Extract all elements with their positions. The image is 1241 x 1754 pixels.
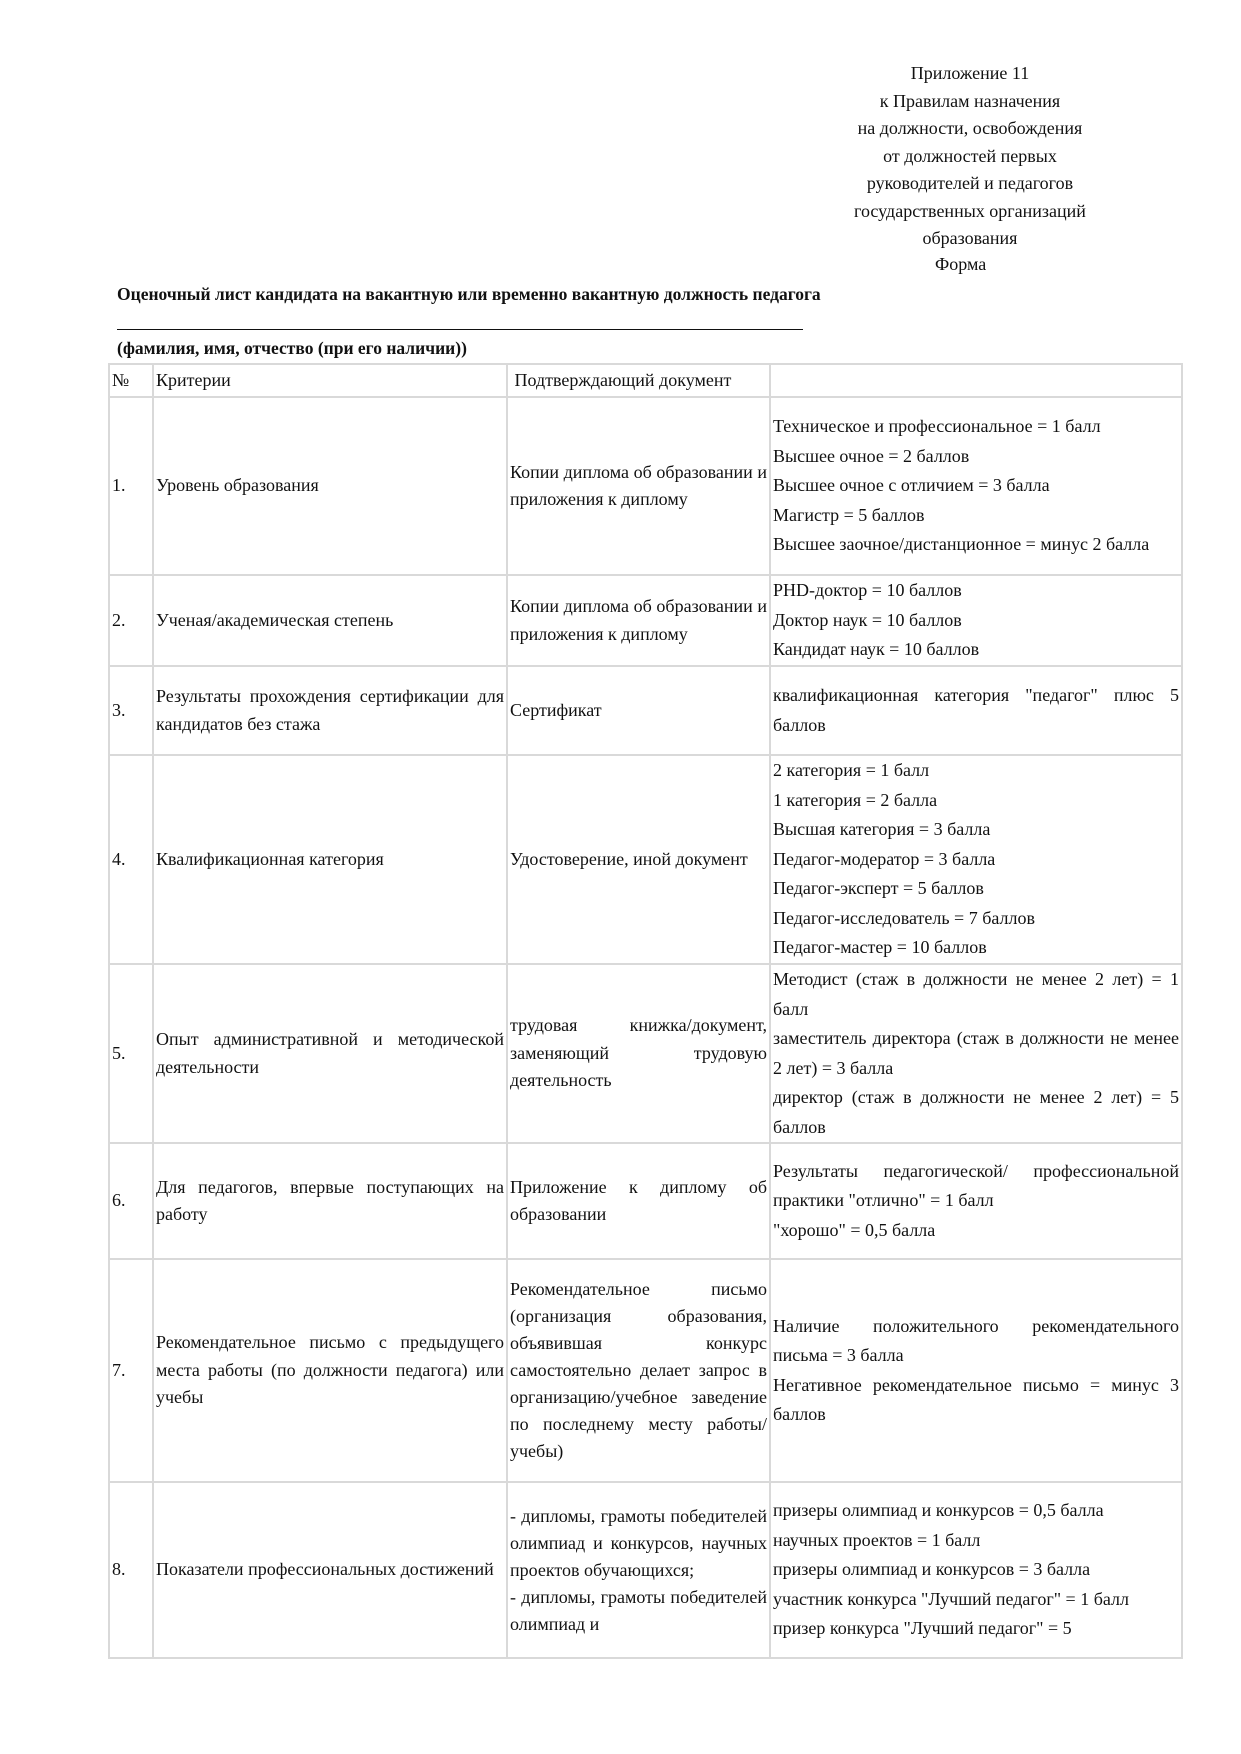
- row-scores: квалификационная категория "педагог" плю…: [770, 666, 1182, 755]
- row-number: 7.: [109, 1259, 153, 1482]
- appendix-line: Приложение 11: [820, 60, 1120, 88]
- row-scores: призеры олимпиад и конкурсов = 0,5 балла…: [770, 1482, 1182, 1658]
- column-header-document-label: Подтверждающий документ: [515, 370, 732, 390]
- row-document: Копии диплома об образовании и приложени…: [507, 397, 770, 575]
- row-criterion: Показатели профессиональных достижений: [153, 1482, 507, 1658]
- score-line: научных проектов = 1 балл: [773, 1526, 1179, 1556]
- table-row: 6. Для педагогов, впервые поступающих на…: [109, 1143, 1182, 1259]
- appendix-header: Приложение 11 к Правилам назначения на д…: [820, 60, 1120, 253]
- row-document: - дипломы, грамоты победителей олимпиад …: [507, 1482, 770, 1658]
- page-title: Оценочный лист кандидата на вакантную ил…: [117, 284, 821, 305]
- score-line: 1 категория = 2 балла: [773, 786, 1179, 816]
- row-number: 1.: [109, 397, 153, 575]
- form-label: Форма: [935, 254, 986, 275]
- candidate-name-field[interactable]: [117, 316, 803, 330]
- row-scores: Результаты педагогической/ профессиональ…: [770, 1143, 1182, 1259]
- appendix-line: руководителей и педагогов: [820, 170, 1120, 198]
- score-line: Кандидат наук = 10 баллов: [773, 635, 1179, 665]
- score-line: Педагог-мастер = 10 баллов: [773, 933, 1179, 963]
- row-criterion: Рекомендательное письмо с предыдущего ме…: [153, 1259, 507, 1482]
- column-header-document: Подтверждающий документ: [507, 364, 770, 397]
- score-line: Высшее очное с отличием = 3 балла: [773, 471, 1179, 501]
- row-number: 8.: [109, 1482, 153, 1658]
- row-criterion: Уровень образования: [153, 397, 507, 575]
- name-field-caption: (фамилия, имя, отчество (при его наличии…: [117, 338, 467, 359]
- appendix-line: к Правилам назначения: [820, 88, 1120, 116]
- column-header-score: [770, 364, 1182, 397]
- score-line: призеры олимпиад и конкурсов = 3 балла: [773, 1555, 1179, 1585]
- appendix-line: государственных организаций: [820, 198, 1120, 226]
- score-line: Результаты педагогической/ профессиональ…: [773, 1157, 1179, 1216]
- score-line: Высшая категория = 3 балла: [773, 815, 1179, 845]
- score-line: "хорошо" = 0,5 балла: [773, 1216, 1179, 1246]
- score-line: Доктор наук = 10 баллов: [773, 606, 1179, 636]
- row-criterion: Опыт административной и методической дея…: [153, 964, 507, 1143]
- row-number: 2.: [109, 575, 153, 666]
- score-line: 2 категория = 1 балл: [773, 756, 1179, 786]
- score-line: Наличие положительного рекомендательного…: [773, 1312, 1179, 1371]
- document-line: - дипломы, грамоты победителей олимпиад …: [510, 1503, 767, 1584]
- score-line: участник конкурса "Лучший педагог" = 1 б…: [773, 1585, 1179, 1615]
- table-row: 3. Результаты прохождения сертификации д…: [109, 666, 1182, 755]
- row-scores: Методист (стаж в должности не менее 2 ле…: [770, 964, 1182, 1143]
- score-line: Негативное рекомендательное письмо = мин…: [773, 1371, 1179, 1430]
- row-document: Копии диплома об образовании и приложени…: [507, 575, 770, 666]
- score-line: директор (стаж в должности не менее 2 ле…: [773, 1083, 1179, 1142]
- row-criterion: Результаты прохождения сертификации для …: [153, 666, 507, 755]
- table-row: 4. Квалификационная категория Удостовере…: [109, 755, 1182, 964]
- row-document: Рекомендательное письмо (организация обр…: [507, 1259, 770, 1482]
- row-scores: Техническое и профессиональное = 1 баллВ…: [770, 397, 1182, 575]
- score-line: Высшее очное = 2 баллов: [773, 442, 1179, 472]
- row-document: Сертификат: [507, 666, 770, 755]
- column-header-number: №: [109, 364, 153, 397]
- score-line: Методист (стаж в должности не менее 2 ле…: [773, 965, 1179, 1024]
- score-line: призер конкурса "Лучший педагог" = 5: [773, 1614, 1179, 1644]
- appendix-line: образования: [820, 225, 1120, 253]
- document-line: - дипломы, грамоты победителей олимпиад …: [510, 1584, 767, 1638]
- appendix-line: от должностей первых: [820, 143, 1120, 171]
- table-row: 8. Показатели профессиональных достижени…: [109, 1482, 1182, 1658]
- score-line: квалификационная категория "педагог" плю…: [773, 681, 1179, 740]
- row-document: Удостоверение, иной документ: [507, 755, 770, 964]
- row-document: трудовая книжка/документ, заменяющий тру…: [507, 964, 770, 1143]
- row-document: Приложение к диплому об образовании: [507, 1143, 770, 1259]
- table-body: 1. Уровень образования Копии диплома об …: [109, 397, 1182, 1658]
- score-line: Педагог-исследователь = 7 баллов: [773, 904, 1179, 934]
- table-row: 2. Ученая/академическая степень Копии ди…: [109, 575, 1182, 666]
- row-criterion: Квалификационная категория: [153, 755, 507, 964]
- table-header-row: № Критерии Подтверждающий документ: [109, 364, 1182, 397]
- score-line: Техническое и профессиональное = 1 балл: [773, 412, 1179, 442]
- table-row: 1. Уровень образования Копии диплома об …: [109, 397, 1182, 575]
- score-line: призеры олимпиад и конкурсов = 0,5 балла: [773, 1496, 1179, 1526]
- score-line: Педагог-модератор = 3 балла: [773, 845, 1179, 875]
- score-line: PHD-доктор = 10 баллов: [773, 576, 1179, 606]
- row-scores: Наличие положительного рекомендательного…: [770, 1259, 1182, 1482]
- appendix-line: на должности, освобождения: [820, 115, 1120, 143]
- row-scores: 2 категория = 1 балл1 категория = 2 балл…: [770, 755, 1182, 964]
- row-number: 4.: [109, 755, 153, 964]
- row-number: 5.: [109, 964, 153, 1143]
- evaluation-table: № Критерии Подтверждающий документ 1. Ур…: [108, 363, 1183, 1659]
- score-line: заместитель директора (стаж в должности …: [773, 1024, 1179, 1083]
- row-criterion: Ученая/академическая степень: [153, 575, 507, 666]
- table-row: 7. Рекомендательное письмо с предыдущего…: [109, 1259, 1182, 1482]
- row-scores: PHD-доктор = 10 балловДоктор наук = 10 б…: [770, 575, 1182, 666]
- row-criterion: Для педагогов, впервые поступающих на ра…: [153, 1143, 507, 1259]
- score-line: Магистр = 5 баллов: [773, 501, 1179, 531]
- table-row: 5. Опыт административной и методической …: [109, 964, 1182, 1143]
- score-line: Педагог-эксперт = 5 баллов: [773, 874, 1179, 904]
- column-header-criteria: Критерии: [153, 364, 507, 397]
- row-number: 3.: [109, 666, 153, 755]
- row-number: 6.: [109, 1143, 153, 1259]
- score-line: Высшее заочное/дистанционное = минус 2 б…: [773, 530, 1179, 560]
